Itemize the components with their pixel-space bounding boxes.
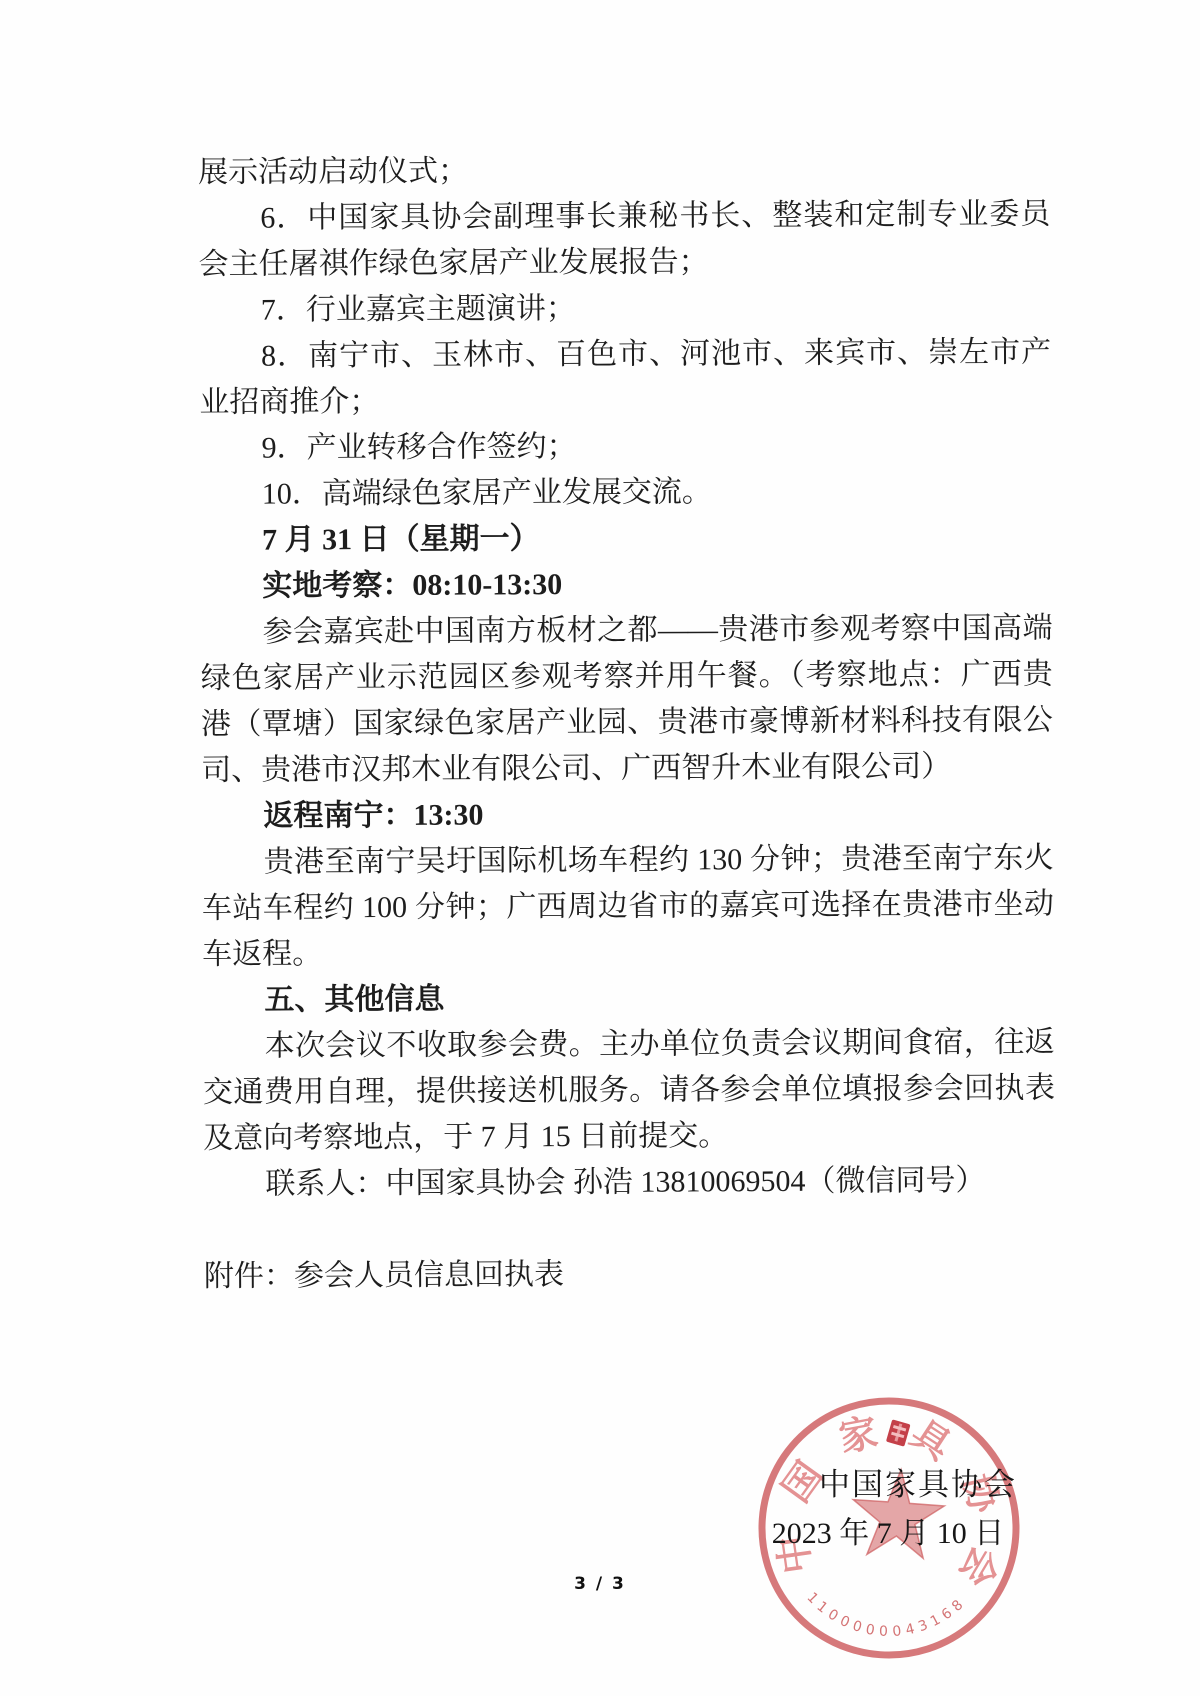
blank-line — [204, 1204, 1056, 1254]
paragraph: 参会嘉宾赴中国南方板材之都——贵港市参观考察中国高端绿色家居产业示范园区参观考察… — [200, 606, 1053, 794]
paragraph: 7 月 31 日（星期一） — [200, 514, 1052, 564]
paragraph: 返程南宁：13:30 — [201, 790, 1053, 840]
paragraph: 附件：参会人员信息回执表 — [204, 1250, 1056, 1300]
paragraph: 8．南宁市、玉林市、百色市、河池市、来宾市、崇左市产业招商推介； — [199, 330, 1051, 426]
paragraph: 联系人：中国家具协会 孙浩 13810069504（微信同号） — [203, 1158, 1055, 1208]
paragraph: 9．产业转移合作签约； — [199, 422, 1051, 472]
signature-organization: 中国家具协会 — [819, 1459, 1017, 1504]
paragraph: 7．行业嘉宾主题演讲； — [199, 284, 1051, 334]
paragraph: 实地考察：08:10-13:30 — [200, 560, 1052, 610]
paragraph: 本次会议不收取参会费。主办单位负责会议期间食宿，往返交通费用自理，提供接送机服务… — [203, 1020, 1056, 1162]
page-number: 3 / 3 — [0, 1574, 1200, 1594]
paragraph: 展示活动启动仪式； — [198, 146, 1050, 196]
signature-date: 2023 年 7 月 10 日 — [772, 1508, 1005, 1552]
paragraph: 6．中国家具协会副理事长兼秘书长、整装和定制专业委员会主任屠祺作绿色家居产业发展… — [198, 192, 1050, 288]
paragraph: 五、其他信息 — [202, 974, 1054, 1024]
document-page: 展示活动启动仪式；6．中国家具协会副理事长兼秘书长、整装和定制专业委员会主任屠祺… — [0, 0, 1200, 1696]
document-body: 展示活动启动仪式；6．中国家具协会副理事长兼秘书长、整装和定制专业委员会主任屠祺… — [198, 146, 1056, 1300]
paragraph: 10．高端绿色家居产业发展交流。 — [200, 468, 1052, 518]
paragraph: 贵港至南宁吴圩国际机场车程约 130 分钟；贵港至南宁东火车站车程约 100 分… — [202, 836, 1055, 978]
